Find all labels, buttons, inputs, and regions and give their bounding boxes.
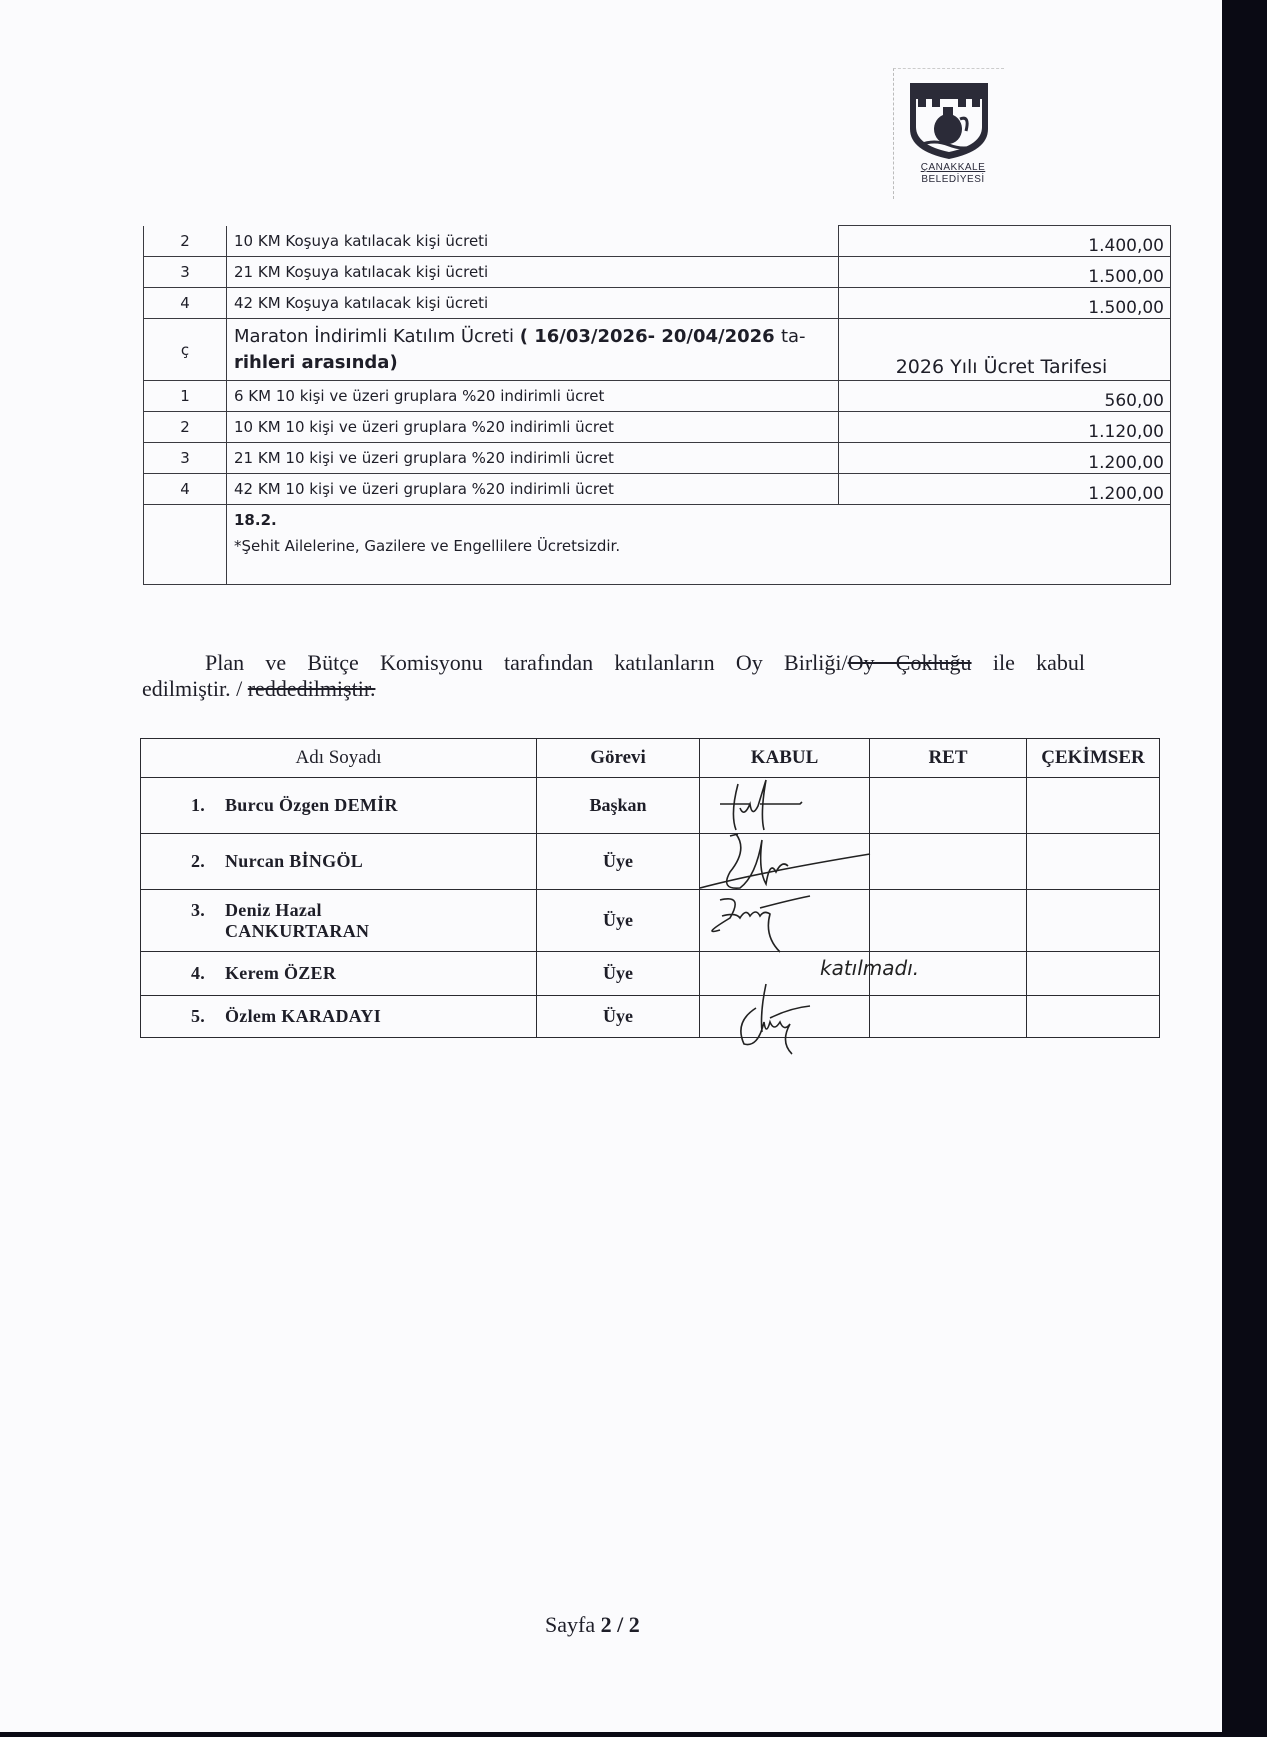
row-description: 42 KM Koşuya katılacak kişi ücreti [227,288,839,319]
decision-line-1: Plan ve Bütçe Komisyonu tarafından katıl… [205,650,1085,676]
table-row: 4 42 KM Koşuya katılacak kişi ücreti 1.5… [144,288,1171,319]
section-title-line2: rihleri arasında) [234,352,398,373]
row-price: 1.400,00 [839,226,1171,257]
member-number: 3. [191,900,225,921]
decision-paragraph: Plan ve Bütçe Komisyonu tarafından katıl… [205,650,1085,702]
header-reject: RET [870,739,1027,778]
row-price: 1.500,00 [839,257,1171,288]
row-price: 1.120,00 [839,412,1171,443]
member-name-text: Deniz HazalCANKURTARAN [225,900,369,942]
struck-option-majority: Oy Çokluğu [848,650,972,675]
note-row: 18.2.*Şehit Ailelerine, Gazilere ve Enge… [144,505,1171,585]
member-name: 2.Nurcan BİNGÖL [141,834,537,890]
abstain-cell [1027,890,1160,952]
member-role: Başkan [537,778,700,834]
price-column-header: 2026 Yılı Ücret Tarifesi [839,319,1171,381]
document-page: ÇANAKKALE BELEDİYESİ 2 10 KM Koşuya katı… [0,0,1222,1732]
table-row: 3 21 KM Koşuya katılacak kişi ücreti 1.5… [144,257,1171,288]
decision-text: Plan ve Bütçe Komisyonu tarafından katıl… [205,650,848,675]
vote-header-row: Adı Soyadı Görevi KABUL RET ÇEKİMSER [141,739,1160,778]
member-number: 2. [191,851,225,872]
section-title-plain: Maraton İndirimli Katılım Ücreti [234,326,520,347]
member-row: 3.Deniz HazalCANKURTARAN Üye [141,890,1160,952]
row-number: 4 [144,474,227,505]
header-accept: KABUL [700,739,870,778]
member-role: Üye [537,834,700,890]
row-description: 10 KM Koşuya katılacak kişi ücreti [227,226,839,257]
page-number: Sayfa 2 / 2 [545,1612,640,1638]
member-number: 5. [191,1006,225,1027]
abstain-cell [1027,996,1160,1038]
header-name: Adı Soyadı [141,739,537,778]
vote-table: Adı Soyadı Görevi KABUL RET ÇEKİMSER 1.B… [140,738,1160,1038]
member-name-text: Kerem ÖZER [225,963,336,983]
accept-signature-cell [700,834,870,890]
section-title-tail: ta- [781,326,806,347]
decision-line-2: edilmiştir. / reddedilmiştir. [142,676,375,701]
reject-cell [870,890,1027,952]
page-label: Sayfa [545,1612,601,1637]
row-description: 10 KM 10 kişi ve üzeri gruplara %20 indi… [227,412,839,443]
row-number: 3 [144,443,227,474]
decision-text-accepted: edilmiştir. / [142,676,248,701]
member-name: 1.Burcu Özgen DEMİR [141,778,537,834]
table-row: 3 21 KM 10 kişi ve üzeri gruplara %20 in… [144,443,1171,474]
section-header-row: ç Maraton İndirimli Katılım Ücreti ( 16/… [144,319,1171,381]
row-price: 1.200,00 [839,474,1171,505]
absent-note: katılmadı. [820,956,919,980]
logo-line-1: ÇANAKKALE [908,162,998,173]
tariff-table: 2 10 KM Koşuya katılacak kişi ücreti 1.4… [143,225,1171,585]
member-row: 2.Nurcan BİNGÖL Üye [141,834,1160,890]
reject-cell [870,996,1027,1038]
row-price: 1.200,00 [839,443,1171,474]
accept-signature-cell [700,996,870,1038]
struck-option-rejected: reddedilmiştir. [248,676,376,701]
row-number: 2 [144,412,227,443]
header-abstain: ÇEKİMSER [1027,739,1160,778]
accept-signature-cell [700,778,870,834]
member-number: 4. [191,963,225,984]
reject-cell [870,834,1027,890]
note-text: *Şehit Ailelerine, Gazilere ve Engellile… [234,537,620,555]
member-name-text: Burcu Özgen DEMİR [225,795,398,815]
reject-cell [870,778,1027,834]
abstain-cell [1027,952,1160,996]
member-name-line-1: Deniz Hazal [225,900,322,920]
note-reference: 18.2. [234,511,277,529]
row-number: 2 [144,226,227,257]
header-role: Görevi [537,739,700,778]
member-row: 4.Kerem ÖZER Üye katılmadı. [141,952,1160,996]
table-row: 2 10 KM Koşuya katılacak kişi ücreti 1.4… [144,226,1171,257]
row-description: 42 KM 10 kişi ve üzeri gruplara %20 indi… [227,474,839,505]
row-number: 1 [144,381,227,412]
member-role: Üye [537,890,700,952]
row-description: 21 KM 10 kişi ve üzeri gruplara %20 indi… [227,443,839,474]
signature-icon [700,886,870,956]
member-number: 1. [191,795,225,816]
decision-text-end: ile kabul [972,650,1085,675]
member-name: 5.Özlem KARADAYI [141,996,537,1038]
abstain-cell [1027,778,1160,834]
row-description: 21 KM Koşuya katılacak kişi ücreti [227,257,839,288]
row-number: 3 [144,257,227,288]
member-role: Üye [537,952,700,996]
member-row: 1.Burcu Özgen DEMİR Başkan [141,778,1160,834]
row-price: 1.500,00 [839,288,1171,319]
row-number: 4 [144,288,227,319]
member-row: 5.Özlem KARADAYI Üye [141,996,1160,1038]
accept-cell: katılmadı. [700,952,870,996]
abstain-cell [1027,834,1160,890]
accept-signature-cell [700,890,870,952]
table-row: 2 10 KM 10 kişi ve üzeri gruplara %20 in… [144,412,1171,443]
member-name-line-2: CANKURTARAN [225,921,369,941]
member-role: Üye [537,996,700,1038]
row-description: 6 KM 10 kişi ve üzeri gruplara %20 indir… [227,381,839,412]
page-value: 2 / 2 [601,1612,640,1637]
member-name: 3.Deniz HazalCANKURTARAN [141,890,537,952]
note-cell: 18.2.*Şehit Ailelerine, Gazilere ve Enge… [227,505,1171,585]
signature-icon [700,774,860,834]
section-title-dates: ( 16/03/2026- 20/04/2026 [520,326,781,347]
note-number-cell [144,505,227,585]
row-price: 560,00 [839,381,1171,412]
table-row: 1 6 KM 10 kişi ve üzeri gruplara %20 ind… [144,381,1171,412]
section-title: Maraton İndirimli Katılım Ücreti ( 16/03… [227,319,839,381]
municipality-logo: ÇANAKKALE BELEDİYESİ [893,68,1004,199]
member-name-text: Nurcan BİNGÖL [225,851,363,871]
table-row: 4 42 KM 10 kişi ve üzeri gruplara %20 in… [144,474,1171,505]
signature-icon [700,992,870,1062]
member-name-text: Özlem KARADAYI [225,1006,381,1026]
member-name: 4.Kerem ÖZER [141,952,537,996]
logo-line-2: BELEDİYESİ [908,174,998,185]
canakkale-crest-icon [906,79,992,161]
section-letter: ç [144,319,227,381]
